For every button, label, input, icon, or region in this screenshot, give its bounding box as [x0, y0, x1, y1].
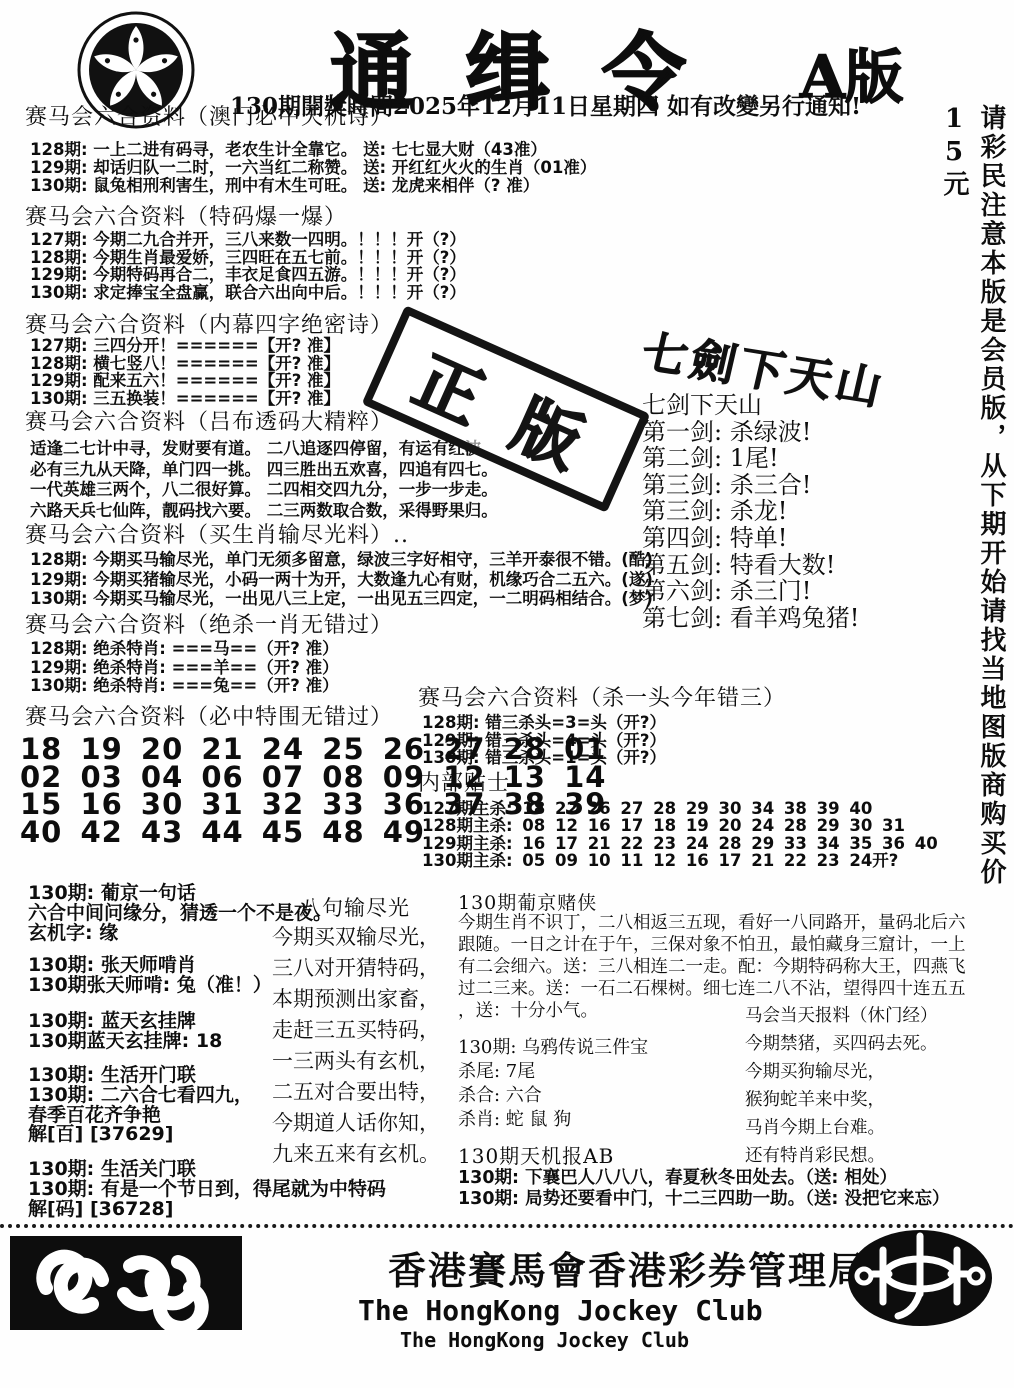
section-title-tewei: 赛马会六合资料（必中特围无错过） — [25, 700, 393, 731]
tip-line: 128期: 今期生肖最爱娇，三四旺在五七前。！！！开（?） — [30, 249, 466, 267]
poem-line: 今期道人话你知， — [272, 1108, 440, 1139]
section-title-neimu: 赛马会六合资料（内幕四字绝密诗） — [25, 308, 393, 339]
tip-line: 今期禁猪，买四码去死。 — [745, 1030, 938, 1058]
kill-number-line: 130期主杀: 05 09 10 11 12 16 17 21 22 23 24… — [422, 852, 938, 869]
block-title: 130期: 乌鸦传说三件宝 — [458, 1036, 648, 1060]
jockey-club-logo-icon — [10, 1236, 242, 1334]
section-title-juesha: 赛马会六合资料（绝杀一肖无错过） — [25, 608, 393, 639]
tip-line: 今期买狗输尽光， — [745, 1058, 938, 1086]
tip-line: 128期: 一上二进有码寻，老农生计全靠它。 送: 七七显大财（43准） — [30, 141, 596, 159]
tip-line: 129期: 却话归队一二时，一六当红二称赞。 送: 开红红火火的生肖（01准） — [30, 159, 596, 177]
section-title-shujin: 赛马会六合资料（买生肖输尽光料）.. — [25, 518, 409, 549]
footer-en-subtitle: The HongKong Jockey Club — [400, 1328, 689, 1352]
tip-line: 129期: 今期买猪输尽光，小码一两十为开，大数逢九心有财，机缘巧合二五六。(遂… — [30, 570, 653, 590]
section-shayitou-lines: 128期: 错三杀头=3=头（开?） 129期: 错三杀头=4=头（开?） 13… — [422, 714, 666, 767]
section-lvbu-lines: 适逢二七计中寻，发财要有道。 二八追逐四停留，有运有红波。 必有三九从天降，单门… — [30, 439, 498, 521]
poem-line: 本期预测出家畜， — [272, 984, 440, 1015]
sword-line: 七剑下天山 — [642, 392, 859, 419]
poem-line: 九来五来有玄机。 — [272, 1139, 440, 1170]
paragraph-line: 跟随。一日之计在于午，三保对象不怕丑，最怕藏身三窟计，一上 — [458, 934, 966, 956]
sword-line: 第一剑: 杀绿波! — [642, 419, 859, 446]
block-title: 马会当天报料（休门经） — [745, 1002, 938, 1030]
tip-line: 杀尾: 7尾 — [458, 1060, 648, 1084]
sword-line: 第三剑: 杀龙! — [642, 498, 859, 525]
tip-line: 必有三九从天降，单门四一挑。 四三胜出五欢喜，四追有四七。 — [30, 460, 498, 481]
tip-line: 127期: 今期二九合并开，三八来数一四明。！！！开（?） — [30, 231, 466, 249]
zhangtianshi-block: 130期: 张天师啃肖 130期张天师啃: 兔（准！） — [28, 956, 272, 996]
seven-swords-list: 七剑下天山 第一剑: 杀绿波! 第二剑: 1尾! 第三剑: 杀三合! 第三剑: … — [642, 392, 859, 631]
block-title: 130期: 蓝天玄挂牌 — [28, 1012, 222, 1032]
paragraph-line: 过二三来。送：一石二石棵树。细七连二八不沾，望得四十连五五 — [458, 978, 966, 1000]
kill-number-line: 129期主杀: 16 17 21 22 23 24 28 29 33 34 35… — [422, 835, 938, 852]
section-baoyibao-lines: 127期: 今期二九合并开，三八来数一四明。！！！开（?） 128期: 今期生肖… — [30, 231, 466, 301]
section-title-baoyibao: 赛马会六合资料（特码爆一爆） — [25, 200, 347, 231]
block-title: 130期: 生活开门联 — [28, 1066, 253, 1086]
tip-line: 128期: 横七竖八！======【开? 准】 — [30, 355, 340, 373]
tip-line: 130期: 求定捧宝全盘赢，联合六出向中后。！！！开（?） — [30, 284, 466, 302]
tip-line: 130期: 今期买马输尽光，一出见八三上定，一出见五三四定，一二明码相结合。(梦… — [30, 589, 653, 609]
tianji-ab-title: 130期天机报AB — [458, 1140, 614, 1169]
section-neimu-lines: 127期: 三四分开！======【开? 准】 128期: 横七竖八！=====… — [30, 337, 340, 407]
sword-line: 第七剑: 看羊鸡兔猪! — [642, 605, 859, 632]
baju-poem: 今期买双输尽光， 三八对开猜特码， 本期预测出家畜， 走赶三五买特码， 一三两头… — [272, 922, 440, 1170]
poem-line: 走赶三五买特码， — [272, 1015, 440, 1046]
tip-line: 还有特肖彩民想。 — [745, 1142, 938, 1170]
paragraph-line: 今期生肖不识丁，二八相返三五现，看好一八同路开，量码北后六 — [458, 912, 966, 934]
poem-line: 二五对合要出特， — [272, 1077, 440, 1108]
block-title: 130期: 张天师啃肖 — [28, 956, 272, 976]
tip-line: 127期: 三四分开！======【开? 准】 — [30, 337, 340, 355]
duxia-title: 130期葡京赌侠 — [458, 888, 597, 915]
crow-legend-block: 130期: 乌鸦传说三件宝 杀尾: 7尾 杀合: 六合 杀肖: 蛇 鼠 狗 — [458, 1036, 648, 1132]
member-notice-vertical: 请彩民注意本版是会员版，从下期开始请找当地图版商购买价15元 — [936, 104, 1010, 894]
poem-line: 三八对开猜特码， — [272, 953, 440, 984]
tip-line: 128期: 今期买马输尽光，单门无须多留意，绿波三字好相守，三羊开泰很不错。(酷… — [30, 550, 653, 570]
poem-line: 今期买双输尽光， — [272, 922, 440, 953]
tip-line: 128期: 绝杀特肖: ===马==（开? 准） — [30, 640, 339, 659]
horse-seal-icon — [845, 1226, 995, 1342]
tip-line: 128期: 错三杀头=3=头（开?） — [422, 714, 666, 732]
tip-line: 130期张天师啃: 兔（准！） — [28, 976, 272, 996]
kill-number-line: 127期主杀: 18 22 26 27 28 29 30 34 38 39 40 — [422, 800, 938, 817]
tip-line: 杀肖: 蛇 鼠 狗 — [458, 1108, 648, 1132]
tip-line: 129期: 配来五六！======【开? 准】 — [30, 372, 340, 390]
opening-couplet-block: 130期: 生活开门联 130期: 二六合七看四九， 春季百花齐争艳 解[百] … — [28, 1066, 253, 1145]
section-title-neibu: 内部贴士 — [418, 766, 510, 797]
section-juesha-lines: 128期: 绝杀特肖: ===马==（开? 准） 129期: 绝杀特肖: ===… — [30, 640, 339, 696]
tip-line: 130期: 绝杀特肖: ===兔==（开? 准） — [30, 677, 339, 696]
section-title-shayitou: 赛马会六合资料（杀一头今年错三） — [418, 681, 786, 712]
tip-line: 猴狗蛇羊来中奖， — [745, 1086, 938, 1114]
section-neibu-lines: 127期主杀: 18 22 26 27 28 29 30 34 38 39 40… — [422, 800, 938, 869]
baju-title: 八句输尽光 — [300, 892, 410, 922]
section-title-lvbu: 赛马会六合资料（吕布透码大精粹） — [25, 405, 393, 436]
tip-line: 解[百] [37629] — [28, 1125, 253, 1145]
tip-line: 129期: 错三杀头=4=头（开?） — [422, 732, 666, 750]
tip-line: 129期: 绝杀特肖: ===羊==（开? 准） — [30, 659, 339, 678]
tip-line: 129期: 今期特码再合二，丰衣足食四五游。！！！开（?） — [30, 266, 466, 284]
tip-line: 130期: 局势还要看中门，十二三四助一助。（送: 没把它来忘） — [458, 1189, 949, 1210]
lantian-board-block: 130期: 蓝天玄挂牌 130期蓝天玄挂牌: 18 — [28, 1012, 222, 1052]
tip-line: 130期: 下襄巴人八八八，春夏秋冬田处去。（送: 相处） — [458, 1168, 949, 1189]
tip-line: 适逢二七计中寻，发财要有道。 二八追逐四停留，有运有红波。 — [30, 439, 498, 460]
sword-line: 第三剑: 杀三合! — [642, 472, 859, 499]
poem-line: 一三两头有玄机， — [272, 1046, 440, 1077]
paragraph-line: 有二会细六。送：三八相连二一走。配：今期特码称大王，四燕飞 — [458, 956, 966, 978]
tip-line: 一代英雄三两个，八二很好算。 二四相交四九分，一步一步走。 — [30, 480, 498, 501]
sword-line: 第五剑: 特看大数! — [642, 552, 859, 579]
tianji-ab-lines: 130期: 下襄巴人八八八，春夏秋冬田处去。（送: 相处） 130期: 局势还要… — [458, 1168, 949, 1210]
tip-line: 130期: 二六合七看四九， — [28, 1086, 253, 1106]
block-title: 130期: 葡京一句话 — [28, 884, 332, 904]
tip-line: 六合中间问缘分，猜透一个不是夜。 — [28, 904, 332, 924]
tip-line: 杀合: 六合 — [458, 1084, 648, 1108]
daily-report-block: 马会当天报料（休门经） 今期禁猪，买四码去死。 今期买狗输尽光， 猴狗蛇羊来中奖… — [745, 1002, 938, 1170]
tip-line: 130期: 鼠兔相刑利害生，刑中有木生可旺。 送: 龙虎来相伴（? 准） — [30, 177, 596, 195]
tip-line: 130期: 错三杀头=1=头（开?） — [422, 749, 666, 767]
footer-cn-title: 香港賽馬會香港彩券管理局 — [388, 1240, 868, 1295]
sword-line: 第六剑: 杀三门! — [642, 578, 859, 605]
tip-line: 解[码] [36728] — [28, 1200, 386, 1220]
section-title-tianji: 赛马会六合资料（澳门必中天机诗） — [25, 100, 393, 131]
sword-line: 第二剑: 1尾! — [642, 445, 859, 472]
footer-en-title: The HongKong Jockey Club — [358, 1294, 763, 1327]
tip-line: 130期蓝天玄挂牌: 18 — [28, 1032, 222, 1052]
tip-line: 130期: 有是一个节日到，得尾就为中特码 — [28, 1180, 386, 1200]
sword-line: 第四剑: 特单! — [642, 525, 859, 552]
lottery-flyer-page: 通缉令 A版 130期開獎時間2025年12月11日星期四 如有改變另行通知! … — [0, 0, 1014, 1388]
tip-line: 马肖今期上台难。 — [745, 1114, 938, 1142]
kill-number-line: 128期主杀: 08 12 16 17 18 19 20 24 28 29 30… — [422, 817, 938, 834]
section-tianji-lines: 128期: 一上二进有码寻，老农生计全靠它。 送: 七七显大财（43准） 129… — [30, 141, 596, 195]
section-shujin-lines: 128期: 今期买马输尽光，单门无须多留意，绿波三字好相守，三羊开泰很不错。(酷… — [30, 550, 653, 609]
